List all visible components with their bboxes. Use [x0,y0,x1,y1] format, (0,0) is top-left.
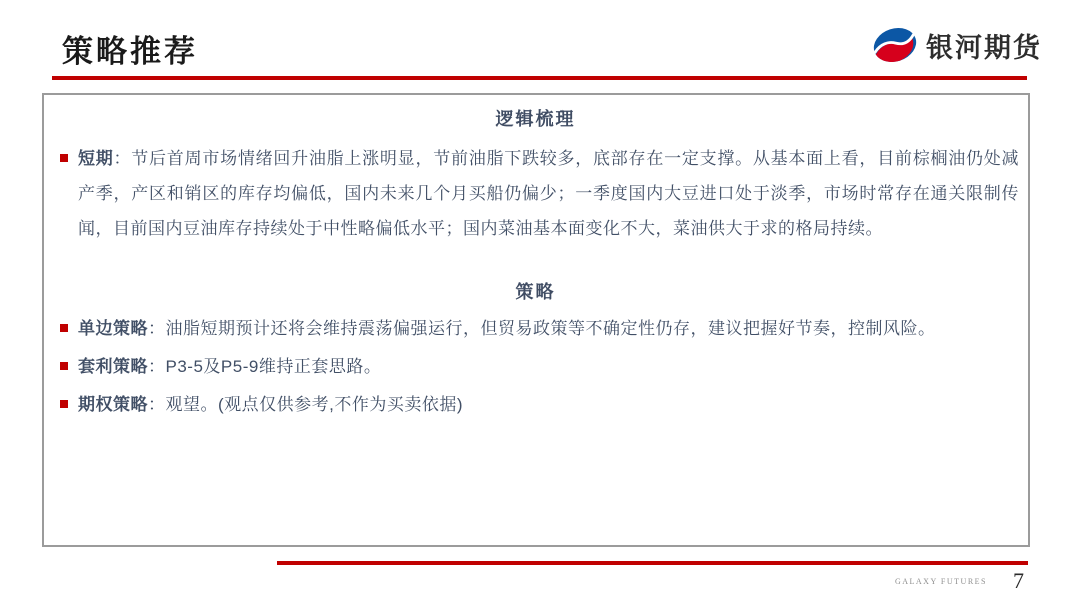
bullet-label: 期权策略 [78,395,148,414]
bullet-text: 期权策略：观望。(观点仅供参考,不作为买卖依据) [78,387,1019,422]
bullet-item-options: 期权策略：观望。(观点仅供参考,不作为买卖依据) [52,387,1019,422]
galaxy-swirl-icon [871,24,919,66]
company-name: 银河期货 [926,26,1042,65]
bullet-item-unilateral: 单边策略：油脂短期预计还将会维持震荡偏强运行，但贸易政策等不确定性仍存，建议把握… [52,311,1019,346]
bullet-label: 套利策略 [78,357,148,376]
bullet-text: 套利策略：P3-5及P5-9维持正套思路。 [78,349,1019,384]
bullet-label: 短期 [78,149,114,168]
bullet-text: 短期：节后首周市场情绪回升油脂上涨明显，节前油脂下跌较多，底部存在一定支撑。从基… [78,141,1019,246]
bullet-text: 单边策略：油脂短期预计还将会维持震荡偏强运行，但贸易政策等不确定性仍存，建议把握… [78,311,1019,346]
bullet-label: 单边策略 [78,319,148,338]
footer: GALAXY FUTURES 7 [895,568,1024,594]
company-logo: 银河期货 [871,24,1042,66]
strategy-bullet-list: 单边策略：油脂短期预计还将会维持震荡偏强运行，但贸易政策等不确定性仍存，建议把握… [52,311,1019,422]
footer-brand: GALAXY FUTURES [895,577,987,586]
bullet-marker-icon [60,362,68,370]
content-box: 逻辑梳理 短期：节后首周市场情绪回升油脂上涨明显，节前油脂下跌较多，底部存在一定… [42,93,1030,547]
presentation-slide: 策略推荐 银河期货 逻辑梳理 短期：节后首周市场情绪回升油脂上涨明显，节前油脂下… [0,0,1080,608]
page-number: 7 [1013,568,1024,594]
bullet-item-arbitrage: 套利策略：P3-5及P5-9维持正套思路。 [52,349,1019,384]
bullet-body: ：油脂短期预计还将会维持震荡偏强运行，但贸易政策等不确定性仍存，建议把握好节奏，… [148,319,936,338]
page-title: 策略推荐 [62,26,198,71]
bullet-item-short-term: 短期：节后首周市场情绪回升油脂上涨明显，节前油脂下跌较多，底部存在一定支撑。从基… [52,141,1019,246]
footer-rule [277,561,1028,565]
section-heading-logic: 逻辑梳理 [52,107,1019,131]
title-underline-rule [52,76,1027,80]
section-heading-strategy: 策略 [52,280,1019,304]
bullet-body: ：节后首周市场情绪回升油脂上涨明显，节前油脂下跌较多，底部存在一定支撑。从基本面… [78,149,1019,238]
bullet-marker-icon [60,400,68,408]
bullet-body: ：P3-5及P5-9维持正套思路。 [148,357,381,376]
logic-bullet-list: 短期：节后首周市场情绪回升油脂上涨明显，节前油脂下跌较多，底部存在一定支撑。从基… [52,141,1019,246]
bullet-body: ：观望。(观点仅供参考,不作为买卖依据) [148,395,463,414]
bullet-marker-icon [60,154,68,162]
bullet-marker-icon [60,324,68,332]
